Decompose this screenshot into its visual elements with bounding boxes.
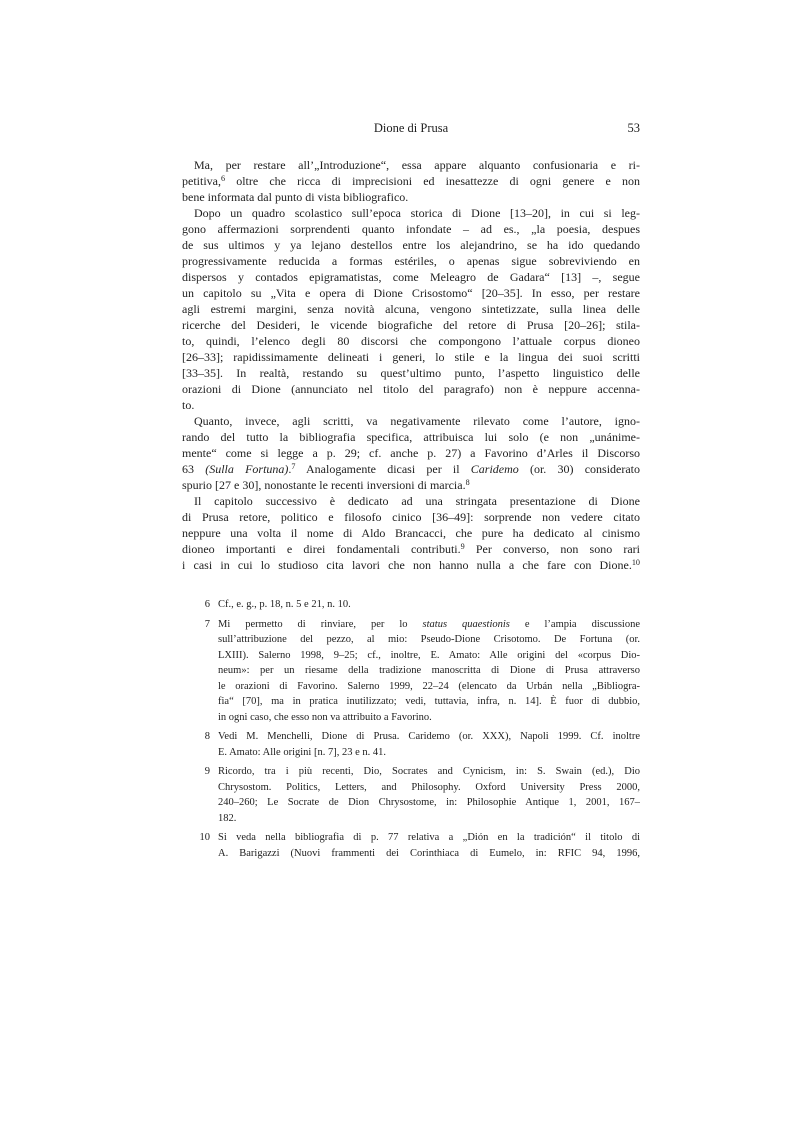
text-line: un capitolo su „Vita e opera di Dione Cr… [182, 285, 640, 301]
text-line: bene informata dal punto di vista biblio… [182, 189, 640, 205]
text-line: A. Barigazzi (Nuovi frammenti dei Corint… [218, 846, 640, 862]
footnote-number: 10 [182, 830, 210, 861]
text-segment: rando del tutto la bibliografia specific… [182, 430, 640, 444]
text-segment: Il capitolo successivo è dedicato ad una… [194, 494, 640, 508]
text-segment: un capitolo su „Vita e opera di Dione Cr… [182, 286, 640, 300]
text-segment: 182. [218, 813, 236, 824]
text-line: to. [182, 397, 640, 413]
text-line: Ricordo, tra i più recenti, Dio, Socrate… [218, 764, 640, 780]
paragraph: Ma, per restare all’„Introduzione“, essa… [182, 157, 640, 205]
text-line: [26–33]; rapidissimamente delineati i ge… [182, 349, 640, 365]
footnote-text: Ricordo, tra i più recenti, Dio, Socrate… [218, 764, 640, 826]
footnote-text: Vedi M. Menchelli, Dione di Prusa. Carid… [218, 729, 640, 760]
text-segment: E. Amato: Alle origini [n. 7], 23 e n. 4… [218, 747, 386, 758]
footnote-number: 7 [182, 617, 210, 726]
text-line: ricerche del Desideri, le vicende biogra… [182, 317, 640, 333]
text-segment: 63 [182, 462, 205, 476]
footnote-ref: 9 [461, 542, 465, 551]
footnote-ref: 7 [291, 462, 295, 471]
text-segment: spurio [27 e 30], nonostante le recenti … [182, 478, 466, 492]
text-line: Chrysostom. Politics, Letters, and Philo… [218, 780, 640, 796]
text-line: to, quindi, l’elenco degli 80 discorsi c… [182, 333, 640, 349]
text-segment: to, quindi, l’elenco degli 80 discorsi c… [182, 334, 640, 348]
footnote-item: 10Si veda nella bibliografia di p. 77 re… [182, 830, 640, 861]
text-line: de sus ultimos y ya lejano destellos ent… [182, 237, 640, 253]
text-segment: Per converso, non sono rari [465, 542, 640, 556]
text-segment: Ricordo, tra i più recenti, Dio, Socrate… [218, 766, 640, 777]
text-segment: [33–35]. In realtà, restando su quest’ul… [182, 366, 640, 380]
text-line: 182. [218, 811, 640, 827]
main-text: Ma, per restare all’„Introduzione“, essa… [182, 157, 640, 573]
text-segment: ricerche del Desideri, le vicende biogra… [182, 318, 640, 332]
text-segment: progressivamente reducida a formas estér… [182, 254, 640, 268]
text-segment: 240–260; Le Socrate de Dion Chrysostome,… [218, 797, 640, 808]
text-segment: dioneo importanti e direi fondamentali c… [182, 542, 461, 556]
text-line: spurio [27 e 30], nonostante le recenti … [182, 477, 640, 493]
text-segment: to. [182, 398, 194, 412]
text-line: orazioni di Dione (annunciato nel titolo… [182, 381, 640, 397]
document-page: Dione di Prusa 53 Ma, per restare all’„I… [0, 0, 800, 1131]
footnote-text: Cf., e. g., p. 18, n. 5 e 21, n. 10. [218, 597, 640, 613]
text-line: sull’attribuzione del pezzo, al mio: Pse… [218, 632, 640, 648]
text-segment: bene informata dal punto di vista biblio… [182, 190, 408, 204]
text-line: E. Amato: Alle origini [n. 7], 23 e n. 4… [218, 745, 640, 761]
footnote-item: 9Ricordo, tra i più recenti, Dio, Socrat… [182, 764, 640, 826]
text-segment: sull’attribuzione del pezzo, al mio: Pse… [218, 634, 640, 645]
italic-text: (Sulla Fortuna) [205, 462, 288, 476]
text-line: in ogni caso, che esso non va attribuito… [218, 710, 640, 726]
text-segment: Ma, per restare all’„Introduzione“, essa… [194, 158, 640, 172]
footnote-number: 6 [182, 597, 210, 613]
text-segment: [26–33]; rapidissimamente delineati i ge… [182, 350, 640, 364]
text-line: neppure una volta il nome di Aldo Branca… [182, 525, 640, 541]
text-line: progressivamente reducida a formas estér… [182, 253, 640, 269]
paragraph: Il capitolo successivo è dedicato ad una… [182, 493, 640, 573]
text-segment: fia“ [70], ma in pratica inutilizzato; v… [218, 696, 640, 707]
text-line: gono affermazioni sorprendenti quanto in… [182, 221, 640, 237]
text-line: fia“ [70], ma in pratica inutilizzato; v… [218, 694, 640, 710]
text-line: le orazioni di Favorino. Salerno 1999, 2… [218, 679, 640, 695]
text-line: Mi permetto di rinviare, per lo status q… [218, 617, 640, 633]
footnote-text: Si veda nella bibliografia di p. 77 rela… [218, 830, 640, 861]
paragraph: Dopo un quadro scolastico sull’epoca sto… [182, 205, 640, 413]
text-segment: orazioni di Dione (annunciato nel titolo… [182, 382, 640, 396]
text-line: i casi in cui lo studioso cita lavori ch… [182, 557, 640, 573]
text-segment: e l’ampia discussione [510, 619, 640, 630]
text-segment: neppure una volta il nome di Aldo Branca… [182, 526, 640, 540]
text-segment: mente“ come si legge a p. 29; cf. anche … [182, 446, 640, 460]
footnote-item: 6Cf., e. g., p. 18, n. 5 e 21, n. 10. [182, 597, 640, 613]
paragraph: Quanto, invece, agli scritti, va negativ… [182, 413, 640, 493]
text-segment: oltre che ricca di imprecisioni ed inesa… [225, 174, 640, 188]
text-line: dispersos y contados epigramatistas, com… [182, 269, 640, 285]
text-line: [33–35]. In realtà, restando su quest’ul… [182, 365, 640, 381]
text-line: Quanto, invece, agli scritti, va negativ… [182, 413, 640, 429]
text-line: neum»: per un riesame della tradizione m… [218, 663, 640, 679]
running-header-title: Dione di Prusa [182, 120, 640, 136]
text-line: agli estremi margini, senza novità alcun… [182, 301, 640, 317]
footnote-number: 8 [182, 729, 210, 760]
text-segment: dispersos y contados epigramatistas, com… [182, 270, 640, 284]
italic-text: status quaestionis [423, 619, 510, 630]
text-line: 240–260; Le Socrate de Dion Chrysostome,… [218, 795, 640, 811]
text-segment: Mi permetto di rinviare, per lo [218, 619, 423, 630]
text-segment: Quanto, invece, agli scritti, va negativ… [194, 414, 640, 428]
text-line: petitiva,6 oltre che ricca di imprecisio… [182, 173, 640, 189]
text-line: Dopo un quadro scolastico sull’epoca sto… [182, 205, 640, 221]
footnote-item: 7Mi permetto di rinviare, per lo status … [182, 617, 640, 726]
text-segment: (or. 30) considerato [519, 462, 640, 476]
text-line: Il capitolo successivo è dedicato ad una… [182, 493, 640, 509]
text-line: Si veda nella bibliografia di p. 77 rela… [218, 830, 640, 846]
text-line: Vedi M. Menchelli, Dione di Prusa. Carid… [218, 729, 640, 745]
text-segment: Chrysostom. Politics, Letters, and Philo… [218, 782, 640, 793]
text-segment: gono affermazioni sorprendenti quanto in… [182, 222, 640, 236]
text-segment: de sus ultimos y ya lejano destellos ent… [182, 238, 640, 252]
text-segment: Si veda nella bibliografia di p. 77 rela… [218, 832, 640, 843]
text-line: Cf., e. g., p. 18, n. 5 e 21, n. 10. [218, 597, 640, 613]
running-header: Dione di Prusa 53 [182, 120, 640, 136]
text-line: LXIII). Salerno 1998, 9–25; cf., inoltre… [218, 648, 640, 664]
footnote-ref: 10 [632, 558, 640, 567]
text-segment: le orazioni di Favorino. Salerno 1999, 2… [218, 681, 640, 692]
text-line: Ma, per restare all’„Introduzione“, essa… [182, 157, 640, 173]
text-segment: Cf., e. g., p. 18, n. 5 e 21, n. 10. [218, 599, 351, 610]
footnote-ref: 8 [466, 478, 470, 487]
footnotes: 6Cf., e. g., p. 18, n. 5 e 21, n. 10.7Mi… [182, 597, 640, 865]
footnote-text: Mi permetto di rinviare, per lo status q… [218, 617, 640, 726]
text-segment: neum»: per un riesame della tradizione m… [218, 665, 640, 676]
text-line: mente“ come si legge a p. 29; cf. anche … [182, 445, 640, 461]
text-segment: i casi in cui lo studioso cita lavori ch… [182, 558, 632, 572]
text-segment: Vedi M. Menchelli, Dione di Prusa. Carid… [218, 731, 640, 742]
footnote-number: 9 [182, 764, 210, 826]
page-number: 53 [628, 120, 641, 136]
text-segment: A. Barigazzi (Nuovi frammenti dei Corint… [218, 848, 640, 859]
text-line: 63 (Sulla Fortuna).7 Analogamente dicasi… [182, 461, 640, 477]
footnote-item: 8Vedi M. Menchelli, Dione di Prusa. Cari… [182, 729, 640, 760]
text-line: dioneo importanti e direi fondamentali c… [182, 541, 640, 557]
text-line: di Prusa retore, politico e filosofo cin… [182, 509, 640, 525]
text-segment: Analogamente dicasi per il [295, 462, 470, 476]
text-segment: Dopo un quadro scolastico sull’epoca sto… [194, 206, 640, 220]
text-segment: petitiva, [182, 174, 221, 188]
text-segment: in ogni caso, che esso non va attribuito… [218, 712, 432, 723]
text-segment: di Prusa retore, politico e filosofo cin… [182, 510, 640, 524]
text-segment: agli estremi margini, senza novità alcun… [182, 302, 640, 316]
italic-text: Caridemo [471, 462, 519, 476]
text-segment: LXIII). Salerno 1998, 9–25; cf., inoltre… [218, 650, 640, 661]
text-line: rando del tutto la bibliografia specific… [182, 429, 640, 445]
footnote-ref: 6 [221, 174, 225, 183]
